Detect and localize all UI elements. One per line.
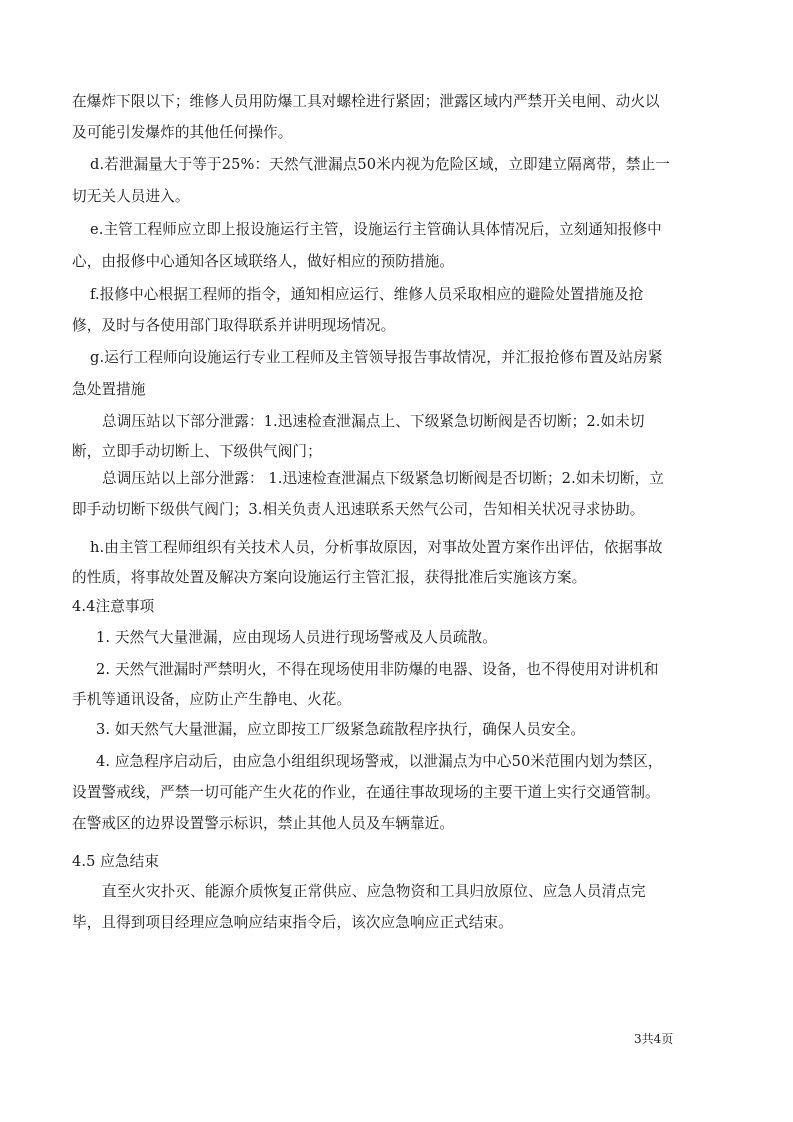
paragraph-line: 设置警戒线，严禁一切可能产生火花的作业，在通往事故现场的主要干道上实行交通管制。 <box>72 783 724 803</box>
list-item-h: h.由主管工程师组织有关技术人员，分析事故原因，对事故处置方案作出评估，依据事故 <box>90 538 742 558</box>
paragraph-line: 及可能引发爆炸的其他任何操作。 <box>72 123 724 143</box>
paragraph-line: 在警戒区的边界设置警示标识，禁止其他人员及车辆靠近。 <box>72 814 724 834</box>
note-item-3: 3. 如天然气大量泄漏，应立即按工厂级紧急疏散程序执行，确保人员安全。 <box>96 720 748 740</box>
section-heading-4-4: 4.4注意事项 <box>72 597 724 617</box>
paragraph-line: 切无关人员进入。 <box>72 187 724 207</box>
paragraph-line: 毕，且得到项目经理应急响应结束指令后，该次应急响应正式结束。 <box>72 913 724 933</box>
list-item-e: e.主管工程师应立即上报设施运行主管，设施运行主管确认具体情况后，立刻通知报修中 <box>90 220 742 240</box>
paragraph-emergency-end: 直至火灾扑灭、能源介质恢复正常供应、应急物资和工具归放原位、应急人员清点完 <box>102 882 754 902</box>
paragraph-below-station: 总调压站以下部分泄露：1.迅速检查泄漏点上、下级紧急切断阀是否切断；2.如未切 <box>102 412 754 432</box>
paragraph-line: 手机等通讯设备，应防止产生静电、火花。 <box>72 690 724 710</box>
list-item-f: f.报修中心根据工程师的指令，通知相应运行、维修人员采取相应的避险处置措施及抢 <box>90 285 742 305</box>
paragraph-line: 在爆炸下限以下；维修人员用防爆工具对螺栓进行紧固；泄露区域内严禁开关电闸、动火以 <box>72 92 724 112</box>
note-item-2: 2. 天然气泄漏时严禁明火，不得在现场使用非防爆的电器、设备，也不得使用对讲机和 <box>96 660 748 680</box>
section-heading-4-5: 4.5 应急结束 <box>72 852 724 872</box>
paragraph-line: 的性质，将事故处置及解决方案向设施运行主管汇报，获得批准后实施该方案。 <box>72 568 724 588</box>
paragraph-line: 心，由报修中心通知各区域联络人，做好相应的预防措施。 <box>72 252 724 272</box>
paragraph-line: 断，立即手动切断上、下级供气阀门； <box>72 442 724 462</box>
paragraph-line: 急处置措施 <box>72 380 724 400</box>
paragraph-line: 即手动切断下级供气阀门；3.相关负责人迅速联系天然气公司，告知相关状况寻求协助。 <box>72 500 724 520</box>
list-item-d: d.若泄漏量大于等于25%：天然气泄漏点50米内视为危险区域，立即建立隔离带，禁… <box>90 155 742 175</box>
page-number: 3共4页 <box>634 1030 673 1048</box>
list-item-g: g.运行工程师向设施运行专业工程师及主管领导报告事故情况，并汇报抢修布置及站房紧 <box>90 348 742 368</box>
note-item-1: 1. 天然气大量泄漏，应由现场人员进行现场警戒及人员疏散。 <box>96 628 748 648</box>
paragraph-above-station: 总调压站以上部分泄露： 1.迅速检查泄漏点下级紧急切断阀是否切断；2.如未切断，… <box>102 469 754 489</box>
note-item-4: 4. 应急程序启动后，由应急小组组织现场警戒，以泄漏点为中心50米范围内划为禁区… <box>96 752 748 772</box>
paragraph-line: 修，及时与各使用部门取得联系并讲明现场情况。 <box>72 316 724 336</box>
